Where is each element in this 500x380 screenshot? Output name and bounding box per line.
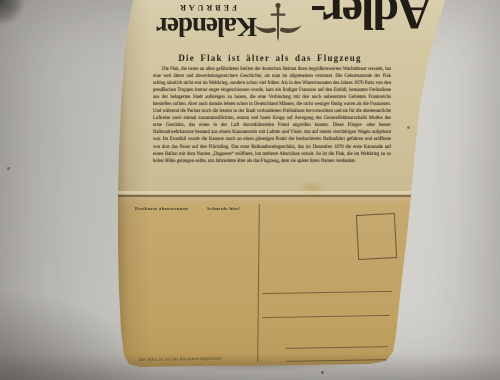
postcard-label-left: Postkarte abzutrennen bbox=[135, 206, 191, 211]
address-line bbox=[262, 291, 392, 294]
postcard-footnote: Der März ist auf der Rückseite abgedruck… bbox=[139, 355, 249, 362]
paper-speck bbox=[407, 126, 410, 129]
fold-crease-highlight bbox=[118, 191, 414, 194]
postcard-label-right: Schneide hier! bbox=[207, 206, 251, 211]
masthead-title-kalender-block: Kalender FEBRUAR bbox=[146, 0, 268, 42]
postcard-divider-line bbox=[257, 204, 260, 362]
address-line bbox=[286, 346, 388, 349]
article-body: Die Flak, die heute an allen gefährdeten… bbox=[153, 66, 391, 165]
dark-corner-mark bbox=[0, 0, 26, 26]
masthead-title-adler: Adler- bbox=[296, 0, 448, 41]
address-line bbox=[262, 315, 390, 318]
photo-of-calendar-postcard: Adler- Kalender FEBRUAR Die Flak ist ält… bbox=[0, 0, 500, 380]
masthead-subtitle-februar: FEBRUAR bbox=[146, 3, 268, 12]
masthead-title-kalender: Kalender bbox=[146, 12, 268, 42]
address-line bbox=[286, 359, 386, 362]
article-heading: Die Flak ist älter als das Flugzeug bbox=[145, 53, 395, 63]
winged-sword-icon bbox=[252, 0, 304, 46]
calendar-sheet: Adler- Kalender FEBRUAR Die Flak ist ält… bbox=[0, 0, 500, 380]
background-speck bbox=[7, 167, 10, 170]
stamp-box bbox=[356, 213, 397, 260]
fold-crease-line bbox=[118, 195, 414, 197]
